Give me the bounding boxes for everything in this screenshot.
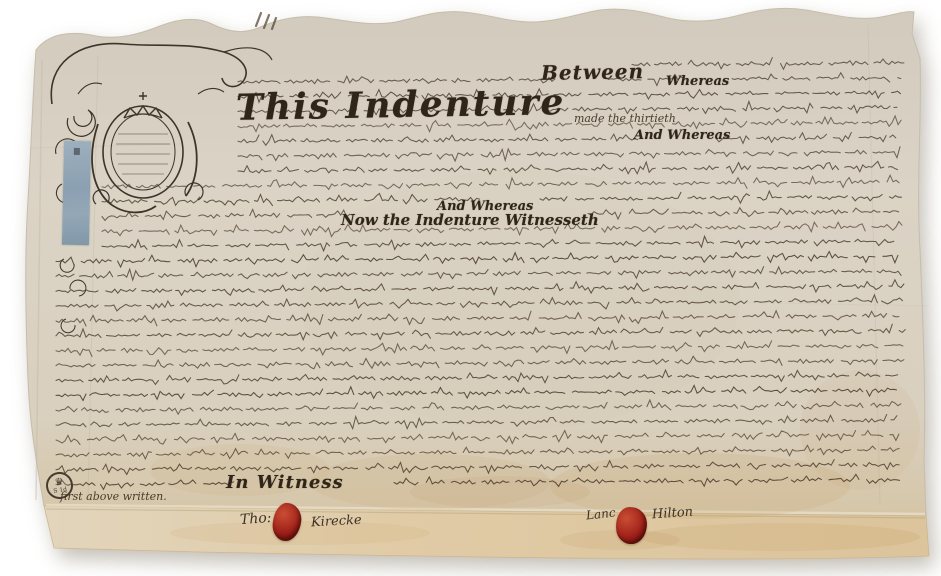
engrossed-in-witness: In Witness: [226, 472, 344, 493]
closing-line: first above written.: [60, 490, 167, 503]
blue-duty-stamp: [62, 141, 91, 246]
signature-left-surname: Kirecke: [311, 513, 362, 531]
photograph-of-indenture: ♛ S 1d This Indenture made the thirtieth…: [0, 0, 941, 576]
engrossed-and-whereas-1: And Whereas: [634, 128, 730, 143]
signature-left-prefix: Tho:: [239, 510, 272, 528]
signature-right-surname: Hilton: [652, 505, 694, 523]
heading-continuation: made the thirtieth: [574, 112, 676, 125]
heading-this-indenture: This Indenture: [236, 81, 566, 129]
engrossed-between: Between: [541, 59, 644, 85]
engrossed-whereas: Whereas: [666, 74, 729, 89]
duty-stamp-impression: [74, 148, 80, 155]
engrossed-witnesseth: Now the Indenture Witnesseth: [341, 211, 599, 229]
